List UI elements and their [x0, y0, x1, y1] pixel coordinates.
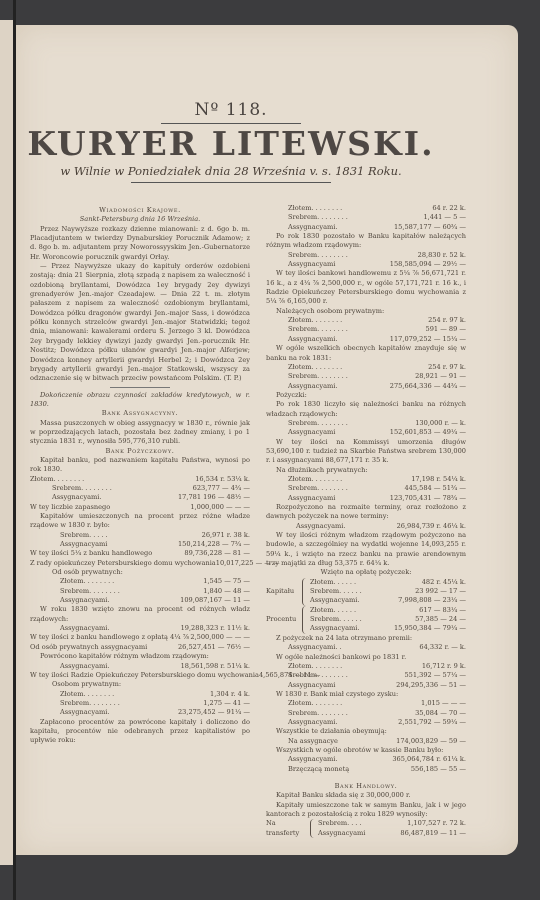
newspaper-title: KURYER LITEWSKI.	[16, 126, 446, 162]
brace	[302, 578, 307, 606]
paragraph: Kapitał banku, pod nazwaniem kapitału Pa…	[30, 456, 250, 475]
ledger-row: Assygnacyami 294,295,336 — 51 —	[266, 681, 466, 690]
paragraph: W tey ilości na Kommissyi umorzenia dług…	[266, 438, 466, 466]
paragraph: Powrócono kapitałów różnym władzom rządo…	[30, 652, 250, 661]
paragraph: W 1830 r. Bank miał czystego zysku:	[266, 690, 466, 699]
ledger-row: Assygnacyami.17,781 196 — 48½ —	[30, 493, 250, 502]
ledger-row: Srebrem........551,392 — 57¼ —	[266, 671, 466, 680]
ledger-row: Assygnacyami.275,664,336 — 44¾ —	[266, 382, 466, 391]
capital-brace-group: Kapitału Złotem......482 r. 45¼ k. Srebr…	[266, 578, 466, 606]
ledger-row: Assygnacyami.26,984,739 r. 46¼ k.	[266, 522, 466, 531]
ledger-row: Z rady opiekuńczey Petersburskiego domu …	[30, 559, 250, 568]
masthead-rule-bottom	[131, 182, 331, 183]
ledger-row: Srebrem......23 992 — 17 —	[310, 587, 466, 596]
article-paragraph: — Przez Naywyższe ukazy do kapituły orde…	[30, 262, 250, 383]
ledger-row: Srebrem........623,777 — 4¾ —	[30, 484, 250, 493]
ledger-row: W tey liczbie zapasnego 1,000,000 — — —	[30, 503, 250, 512]
ledger-row: Srebrem........28,830 r. 52 k.	[266, 251, 466, 260]
right-column: Złotem........64 r. 22 k. Srebrem.......…	[266, 204, 466, 838]
paragraph: Rozpożyczono na rozmaite terminy, oraz r…	[266, 503, 466, 522]
paragraph: Po rok 1830 pozostało w Banku kapitałów …	[266, 232, 466, 251]
ledger-row: Srebrem......57,385 — 24 —	[310, 615, 466, 624]
ledger-row: Assygnacyami.7,998,808 — 23¼ —	[310, 596, 466, 605]
issue-number: Nº 118.	[16, 100, 446, 120]
ledger-row: Assygnacyami 123,705,431 — 78¾ —	[266, 494, 466, 503]
ledger-row: Assygnacyami.15,587,177 — 60¾ —	[266, 223, 466, 232]
section-heading: Wiadomości Krajowe.	[30, 206, 250, 215]
ledger-row: Złotem........16,712 r. 9 k.	[266, 662, 466, 671]
paragraph: W ogóle wszelkich obecnych kapitałów zna…	[266, 344, 466, 363]
interest-brace-group: Procentu Złotem......617 — 83¼ — Srebrem…	[266, 606, 466, 634]
ledger-row: Assygnacyami.19,288,323 r. 11½ k.	[30, 624, 250, 633]
masthead: Nº 118. KURYER LITEWSKI. w Wilnie w Poni…	[16, 100, 446, 183]
left-column: Wiadomości Krajowe. Sankt-Petersburg dni…	[30, 206, 250, 746]
ledger-row: Assygnacyami.109,087,167 — 11 —	[30, 596, 250, 605]
place-date: Sankt-Petersburg dnia 16 Września.	[30, 215, 250, 224]
subheading: Bank Handlowy.	[266, 782, 466, 791]
ledger-row: Złotem........1,304 r. 4 k.	[30, 690, 250, 699]
ledger-row: Srebrem........28,921 — 91 —	[266, 372, 466, 381]
ledger-row: Assygnacyami 152,601,853 — 49¼ —	[266, 428, 466, 437]
ledger-row: Srebrem........1,275 — 41 —	[30, 699, 250, 708]
ledger-row: Złotem......482 r. 45¼ k.	[310, 578, 466, 587]
paragraph: Kapitały umieszczone tak w samym Banku, …	[266, 801, 466, 820]
ledger-row: Assygnacyami 158,585,094 — 29½ —	[266, 260, 466, 269]
ledger-row: Assygnacyami..64,332 r. — k.	[266, 643, 466, 652]
paragraph: Zapłacono procentów za powrócone kapitał…	[30, 718, 250, 746]
paragraph: Kapitałów umieszczonych na procent przez…	[30, 512, 250, 531]
paragraph: W ogóle należności bankowi po 1831 r.	[266, 653, 466, 662]
ledger-row: Złotem........64 r. 22 k.	[266, 204, 466, 213]
ledger-row: Assygnacyami.117,079,252 — 15¼ —	[266, 335, 466, 344]
ledger-row: Złotem........1,545 — 75 —	[30, 577, 250, 586]
ledger-row: Złotem........1,015 — — —	[266, 699, 466, 708]
paragraph: Massa puszczonych w obieg assygnacyy w 1…	[30, 419, 250, 447]
ledger-row: W tey ilości 5¼ z banku handlowego 89,73…	[30, 549, 250, 558]
ledger-row: Srebrem.....26,971 r. 38 k.	[30, 531, 250, 540]
ledger-row: Assygnacyami.23,275,452 — 91¼ —	[30, 708, 250, 717]
ledger-row: Brzęczącą monetą 556,185 — 55 —	[266, 765, 466, 774]
adjacent-page-edge	[0, 20, 14, 865]
ledger-row: Od osób prywatnych assygnacyami 26,527,4…	[30, 643, 250, 652]
paragraph: W tey ilości różnym władzom rządowym poż…	[266, 531, 466, 568]
paragraph: W tey ilości bankowi handlowemu z 5¼ ⅞ 5…	[266, 269, 466, 306]
subheading: Bank Assygnacyyny.	[30, 409, 250, 418]
report-title: Dokończenie obrazu czynności zakładów kr…	[30, 391, 250, 410]
ledger-row: Na assygnacye 174,003,829 — 59 —	[266, 737, 466, 746]
ledger-row: Assygnacyami.365,064,784 r. 61¼ k.	[266, 755, 466, 764]
ledger-row: Srebrem........35,084 — 70 —	[266, 709, 466, 718]
ledger-row: Assygnacyami 150,214,228 — 7¾ —	[30, 540, 250, 549]
brace	[310, 819, 315, 838]
paragraph: Wszystkich w ogóle obrotów w kassie Bank…	[266, 746, 466, 755]
ledger-row: Złotem........16,534 r. 53¼ k.	[30, 475, 250, 484]
ledger-row: Srebrem........1,840 — 48 —	[30, 587, 250, 596]
ledger-row: Srebrem........130,000 r. — k.	[266, 419, 466, 428]
ledger-row: Assygnacyami.15,950,384 — 79¼ —	[310, 624, 466, 633]
ledger-row: Srebrem........591 — 89 —	[266, 325, 466, 334]
paragraph: Kapitał Banku składa się z 30,000,000 r.	[266, 791, 466, 800]
ledger-row: W tey ilości Radzie Opiekuńczey Petersbu…	[30, 671, 250, 680]
ledger-row: Srebrem........1,441 — 5 —	[266, 213, 466, 222]
paragraph: Po rok 1830 liczyło się należności banku…	[266, 400, 466, 419]
separator-rule	[110, 387, 170, 388]
subheading: Od osób prywatnych:	[30, 568, 250, 577]
article-paragraph: Przez Naywyższe rozkazy dzienne mianowan…	[30, 225, 250, 262]
subheading: Bank Pożyczkowy.	[30, 447, 250, 456]
ledger-row: Assygnacyami.2,551,792 — 59¼ —	[266, 718, 466, 727]
ledger-row: Assygnacyami 86,487,819 — 11 —	[318, 829, 466, 838]
dateline: w Wilnie w Poniedziałek dnia 28 Września…	[16, 164, 446, 178]
transfer-brace-group: Na transferty Srebrem....1,107,527 r. 72…	[266, 819, 466, 838]
ledger-row: Złotem......617 — 83¼ —	[310, 606, 466, 615]
subheading: Wzięto na opłatę pożyczek:	[266, 568, 466, 577]
paragraph: Wszystkie te działania obeymują:	[266, 727, 466, 736]
ledger-row: Assygnacyami.18,561,598 r. 51¼ k.	[30, 662, 250, 671]
subheading: Na dłużnikach prywatnych:	[266, 466, 466, 475]
ledger-row: Srebrem....1,107,527 r. 72 k.	[318, 819, 466, 828]
ledger-row: W tey ilości z banku handlowego z opłatą…	[30, 633, 250, 642]
paragraph: Z pożyczek na 24 lata otrzymano premii:	[266, 634, 466, 643]
brace	[302, 606, 307, 634]
ledger-row: Złotem........254 r. 97 k.	[266, 363, 466, 372]
subheading: Osobom prywatnym:	[30, 680, 250, 689]
ledger-row: Złotem........254 r. 97 k.	[266, 316, 466, 325]
subheading: Należących osobom prywatnym:	[266, 307, 466, 316]
paragraph: W roku 1830 wzięto znowu na procent od r…	[30, 605, 250, 624]
subheading: Pożyczki:	[266, 391, 466, 400]
ledger-row: Srebrem........445,584 — 51¾ —	[266, 484, 466, 493]
ledger-row: Złotem........17,198 r. 54¼ k.	[266, 475, 466, 484]
